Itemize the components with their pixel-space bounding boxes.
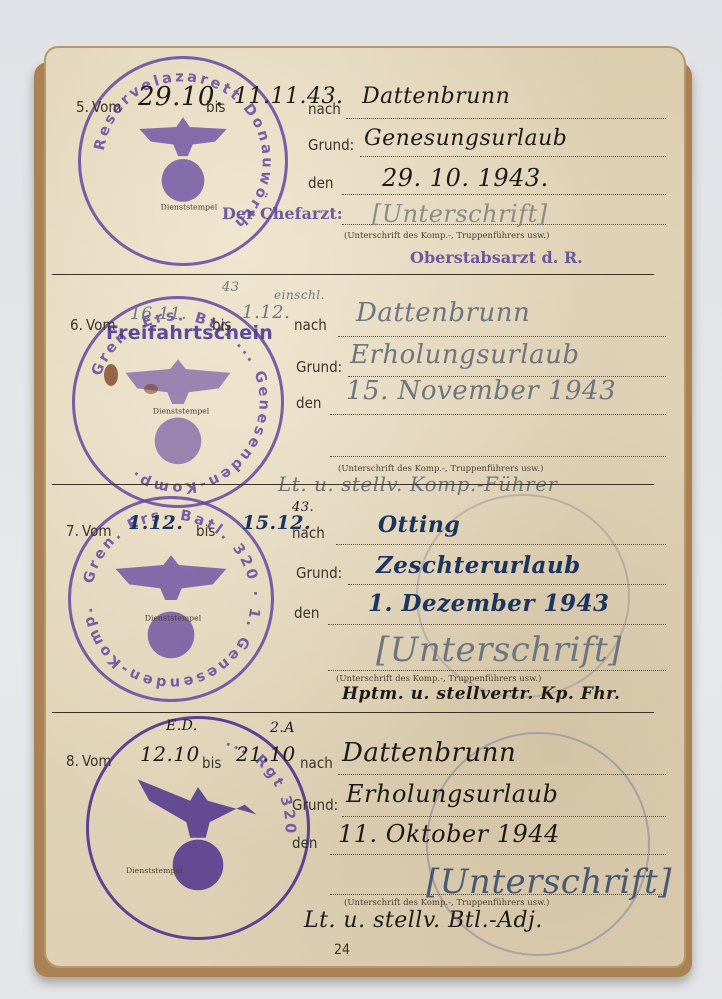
- dotted-line: [346, 118, 666, 119]
- from-label: Vom: [82, 522, 111, 540]
- from-date: 12.10: [140, 742, 200, 766]
- entry-number: 6.: [70, 316, 83, 334]
- dotted-line: [330, 894, 666, 895]
- reason-label: Grund:: [292, 796, 338, 814]
- leave-entry-7: Gren. Ers. Batl. 320 · 1. Genesenden-Kom…: [46, 484, 684, 714]
- to-date: 21.10: [236, 742, 296, 766]
- dotted-line: [342, 816, 666, 817]
- date-label: den: [294, 604, 319, 622]
- destination-label: nach: [308, 100, 341, 118]
- dotted-line: [328, 670, 666, 671]
- eagle-emblem-icon: [116, 555, 227, 658]
- destination-label: nach: [294, 316, 327, 334]
- eagle-emblem-icon: [139, 117, 226, 202]
- reason-label: Grund:: [296, 358, 342, 376]
- to-label: bis: [202, 754, 221, 772]
- svg-text:Dienststempel: Dienststempel: [145, 613, 202, 622]
- dotted-line: [330, 456, 666, 457]
- reason-label: Grund:: [308, 136, 354, 154]
- from-label: Vom: [82, 752, 111, 770]
- entry-number: 7.: [66, 522, 79, 540]
- to-date: 1.12.: [242, 302, 290, 323]
- ink-stain: [144, 384, 158, 394]
- issue-date: 29. 10. 1943.: [382, 164, 549, 192]
- stamp-note: E.D.: [166, 718, 198, 734]
- dotted-line: [360, 156, 666, 157]
- ink-stain: [104, 364, 118, 386]
- date-label: den: [292, 834, 317, 852]
- from-label: Vom: [92, 98, 121, 116]
- date-label: den: [308, 174, 333, 192]
- dotted-line: [336, 544, 666, 545]
- destination-value: Otting: [378, 512, 460, 538]
- rank-stamp: Oberstabsarzt d. R.: [410, 248, 583, 267]
- leave-entry-6: Gren. Ers. Btl. ... Genesenden-Komp. Die…: [46, 276, 684, 484]
- dotted-line: [338, 336, 666, 337]
- reason-value: Erholungsurlaub: [350, 340, 579, 370]
- reason-label: Grund:: [296, 564, 342, 582]
- to-label: bis: [212, 316, 231, 334]
- dotted-line: [338, 774, 666, 775]
- document-page: Reservelazarett Donauwörth Dienststempel…: [44, 46, 686, 968]
- signatory-label: Der Chefarzt:: [222, 204, 343, 223]
- issue-date: 11. Oktober 1944: [338, 820, 560, 848]
- to-label: bis: [196, 522, 215, 540]
- entry-number: 8.: [66, 752, 79, 770]
- signature: [Unterschrift]: [376, 630, 622, 670]
- dotted-line: [330, 414, 666, 415]
- rank-line: Lt. u. stellv. Btl.-Adj.: [304, 908, 543, 933]
- signature-caption: (Unterschrift des Komp.-, Truppenführers…: [344, 231, 549, 241]
- leave-entry-5: Reservelazarett Donauwörth Dienststempel…: [46, 48, 684, 276]
- signature: [Unterschrift]: [372, 200, 548, 228]
- entry-number: 5.: [76, 98, 89, 116]
- stamp-overprint: Freifahrtschein: [106, 322, 273, 344]
- from-label: Vom: [86, 316, 115, 334]
- svg-text:Dienststempel: Dienststempel: [126, 866, 183, 875]
- rank-line: Hptm. u. stellvertr. Kp. Fhr.: [342, 684, 620, 704]
- dotted-line: [330, 854, 666, 855]
- reason-value: Zeschterurlaub: [376, 552, 581, 579]
- issue-date: 15. November 1943: [346, 376, 616, 406]
- from-date: 16.11.: [130, 304, 187, 324]
- signature-caption: (Unterschrift des Komp.-, Truppenführers…: [344, 898, 549, 908]
- svg-text:Dienststempel: Dienststempel: [161, 203, 218, 212]
- reason-value: Genesungsurlaub: [364, 126, 567, 151]
- from-date: 1.12.: [128, 512, 183, 534]
- destination-value: Dattenbrunn: [362, 84, 510, 109]
- destination-label: nach: [292, 524, 325, 542]
- svg-text:Dienststempel: Dienststempel: [153, 407, 210, 416]
- year-note: 2.A: [270, 720, 295, 736]
- destination-value: Dattenbrunn: [356, 298, 530, 328]
- extra-note: einschl.: [274, 288, 325, 302]
- page-number: 24: [334, 942, 350, 958]
- date-label: den: [296, 394, 321, 412]
- to-label: bis: [206, 98, 225, 116]
- year-note: 43: [222, 280, 240, 295]
- signature: [Unterschrift]: [426, 862, 672, 902]
- destination-value: Dattenbrunn: [342, 738, 516, 768]
- destination-label: nach: [300, 754, 333, 772]
- dotted-line: [328, 624, 666, 625]
- leave-entry-8: ... Rgt 320 Dienststempel E.D. 2.A 8. Vo…: [46, 712, 684, 968]
- signature-caption: (Unterschrift des Komp.-, Truppenführers…: [336, 674, 541, 684]
- issue-date: 1. Dezember 1943: [368, 590, 609, 617]
- dotted-line: [342, 194, 666, 195]
- dotted-line: [348, 584, 666, 585]
- reason-value: Erholungsurlaub: [346, 780, 558, 808]
- section-divider: [52, 274, 654, 275]
